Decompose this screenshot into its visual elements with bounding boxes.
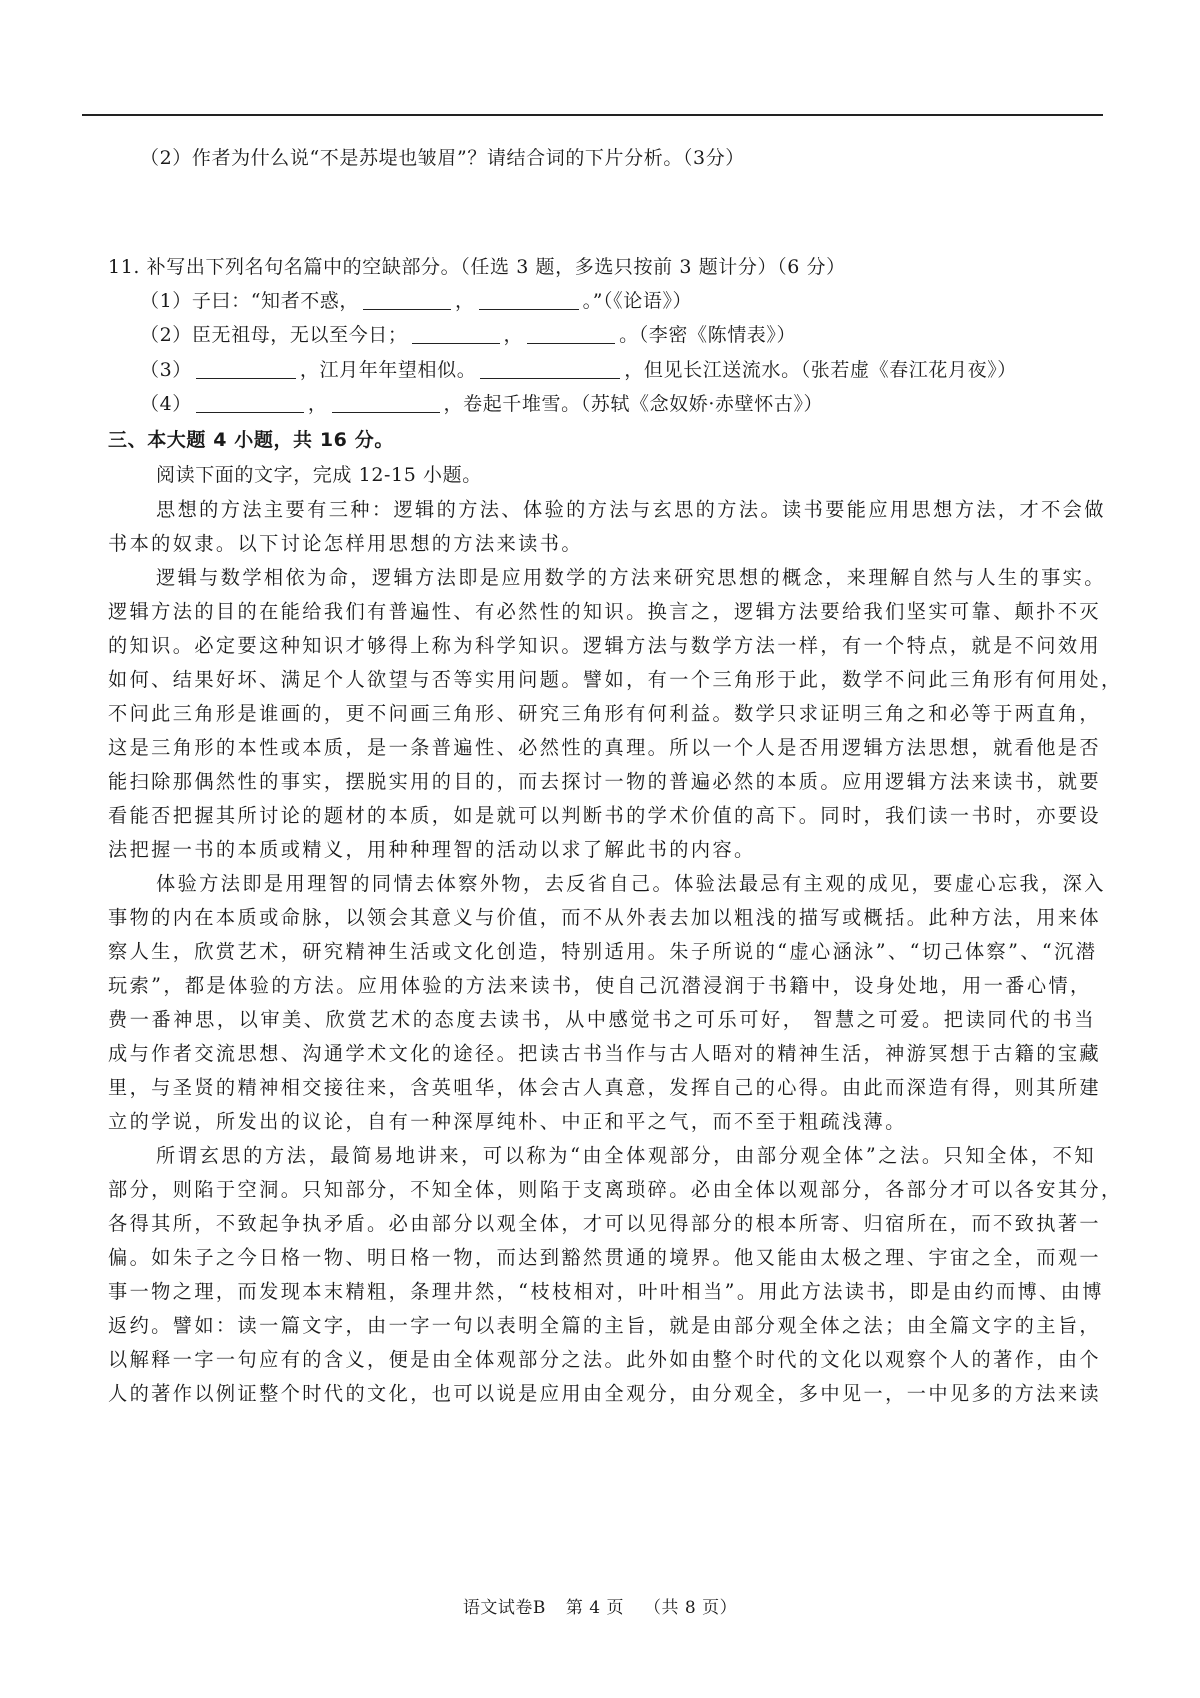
q11-item-4-blank-2[interactable]	[332, 392, 440, 413]
q11-item-4-sep: ，	[308, 393, 328, 415]
passage-line: 思想的方法主要有三种：逻辑的方法、体验的方法与玄思的方法。读书要能应用思想方法，…	[156, 498, 1096, 522]
passage-line: 部分，则陷于空洞。只知部分，不知全体，则陷于支离琐碎。必由全体以观部分，各部分才…	[108, 1178, 1096, 1202]
question-11-title: 11. 补写出下列名句名篇中的空缺部分。（任选 3 题，多选只按前 3 题计分）…	[108, 255, 846, 279]
passage-line: 这是三角形的本性或本质，是一条普遍性、必然性的真理。所以一个人是否用逻辑方法思想…	[108, 736, 1096, 760]
footer-subject: 语文试卷B	[463, 1598, 546, 1618]
section-3-instruction: 阅读下面的文字，完成 12-15 小题。	[156, 463, 482, 487]
passage-line: 看能否把握其所讨论的题材的本质，如是就可以判断书的学术价值的高下。同时，我们读一…	[108, 804, 1096, 828]
q11-item-1-sep: ，	[455, 290, 475, 312]
passage-line: 书本的奴隶。以下讨论怎样用思想的方法来读书。	[108, 532, 1096, 556]
passage-line: 事物的内在本质或命脉，以领会其意义与价值，而不从外表去加以粗浅的描写或概括。此种…	[108, 906, 1096, 930]
passage-line: 人的著作以例证整个时代的文化，也可以说是应用由全观分，由分观全，多中见一，一中见…	[108, 1382, 1096, 1406]
q11-item-4-blank-1[interactable]	[196, 392, 304, 413]
q11-item-3-prefix: （3）	[140, 359, 192, 381]
passage-line: 事一物之理，而发现本末精粗，条理井然，“枝枝相对，叶叶相当”。用此方法读书，即是…	[108, 1280, 1096, 1304]
section-3-heading: 三、本大题 4 小题，共 16 分。	[108, 428, 394, 452]
q11-item-3-blank-1[interactable]	[196, 358, 296, 379]
passage-line: 的知识。必定要这种知识才够得上称为科学知识。逻辑方法与数学方法一样，有一个特点，…	[108, 634, 1096, 658]
q11-item-2-sep: ，	[504, 324, 524, 346]
q11-item-3: （3），江月年年望相似。，但见长江送流水。（张若虚《春江花月夜》）	[140, 358, 1017, 382]
q11-item-4-suffix: ，卷起千堆雪。（苏轼《念奴娇·赤壁怀古》）	[444, 393, 824, 415]
q11-item-4-prefix: （4）	[140, 393, 192, 415]
passage-line: 以解释一字一句应有的含义，便是由全体观部分之法。此外如由整个时代的文化以观察个人…	[108, 1348, 1096, 1372]
q11-item-4: （4），，卷起千堆雪。（苏轼《念奴娇·赤壁怀古》）	[140, 392, 823, 416]
q11-item-3-mid: ，江月年年望相似。	[300, 359, 476, 381]
passage-line: 成与作者交流思想、沟通学术文化的途径。把读古书当作与古人晤对的精神生活，神游冥想…	[108, 1042, 1096, 1066]
passage-line: 不问此三角形是谁画的，更不问画三角形、研究三角形有何利益。数学只求证明三角之和必…	[108, 702, 1096, 726]
exam-page: （2）作者为什么说“不是苏堤也皱眉”？请结合词的下片分析。（3分） 11. 补写…	[0, 0, 1200, 1698]
q11-item-1: （1）子曰：“知者不惑，，。”（《论语》）	[140, 289, 692, 313]
passage-line: 偏。如朱子之今日格一物、明日格一物，而达到豁然贯通的境界。他又能由太极之理、宇宙…	[108, 1246, 1096, 1270]
q11-item-2-blank-1[interactable]	[412, 323, 500, 344]
q11-item-1-prefix: （1）子曰：“知者不惑，	[140, 290, 359, 312]
passage-line: 里，与圣贤的精神相交接往来，含英咀华，体会古人真意，发挥自己的心得。由此而深造有…	[108, 1076, 1096, 1100]
passage-line: 察人生，欣赏艺术，研究精神生活或文化创造，特别适用。朱子所说的“虚心涵泳”、“切…	[108, 940, 1096, 964]
q11-item-2-blank-2[interactable]	[527, 323, 615, 344]
q11-item-3-blank-2[interactable]	[480, 358, 620, 379]
page-footer: 语文试卷B第 4 页（共 8 页）	[0, 1597, 1200, 1619]
footer-page: 第 4 页	[566, 1598, 624, 1618]
passage-line: 法把握一书的本质或精义，用种种理智的活动以求了解此书的内容。	[108, 838, 1096, 862]
header-rule	[82, 114, 1103, 116]
passage-line: 能扫除那偶然性的事实，摆脱实用的目的，而去探讨一物的普遍必然的本质。应用逻辑方法…	[108, 770, 1096, 794]
q11-item-2-suffix: 。（李密《陈情表》）	[619, 324, 796, 346]
question-10-2: （2）作者为什么说“不是苏堤也皱眉”？请结合词的下片分析。（3分）	[140, 146, 745, 170]
passage-line: 返约。譬如：读一篇文字，由一字一句以表明全篇的主旨，就是由部分观全体之法；由全篇…	[108, 1314, 1096, 1338]
passage-line: 逻辑方法的目的在能给我们有普遍性、有必然性的知识。换言之，逻辑方法要给我们坚实可…	[108, 600, 1096, 624]
q11-item-1-suffix: 。”（《论语》）	[583, 290, 693, 312]
footer-total: （共 8 页）	[644, 1598, 737, 1618]
q11-item-3-suffix: ，但见长江送流水。（张若虚《春江花月夜》）	[624, 359, 1017, 381]
q11-item-1-blank-1[interactable]	[363, 289, 451, 310]
passage-line: 各得其所，不致起争执矛盾。必由部分以观全体，才可以见得部分的根本所寄、归宿所在，…	[108, 1212, 1096, 1236]
passage-line: 玩索”，都是体验的方法。应用体验的方法来读书，使自己沉潜浸润于书籍中，设身处地，…	[108, 974, 1096, 998]
passage-line: 费一番神思，以审美、欣赏艺术的态度去读书，从中感觉书之可乐可好， 智慧之可爱。把…	[108, 1008, 1096, 1032]
q11-item-2-prefix: （2）臣无祖母，无以至今日；	[140, 324, 408, 346]
q11-item-1-blank-2[interactable]	[479, 289, 579, 310]
passage-line: 如何、结果好坏、满足个人欲望与否等实用问题。譬如，有一个三角形于此，数学不问此三…	[108, 668, 1096, 692]
passage-line: 所谓玄思的方法，最简易地讲来，可以称为“由全体观部分，由部分观全体”之法。只知全…	[156, 1144, 1096, 1168]
q11-item-2: （2）臣无祖母，无以至今日；，。（李密《陈情表》）	[140, 323, 796, 347]
passage-line: 立的学说，所发出的议论，自有一种深厚纯朴、中正和平之气，而不至于粗疏浅薄。	[108, 1110, 1096, 1134]
passage-line: 逻辑与数学相依为命，逻辑方法即是应用数学的方法来研究思想的概念，来理解自然与人生…	[156, 566, 1096, 590]
passage-line: 体验方法即是用理智的同情去体察外物，去反省自己。体验法最忌有主观的成见，要虚心忘…	[156, 872, 1096, 896]
